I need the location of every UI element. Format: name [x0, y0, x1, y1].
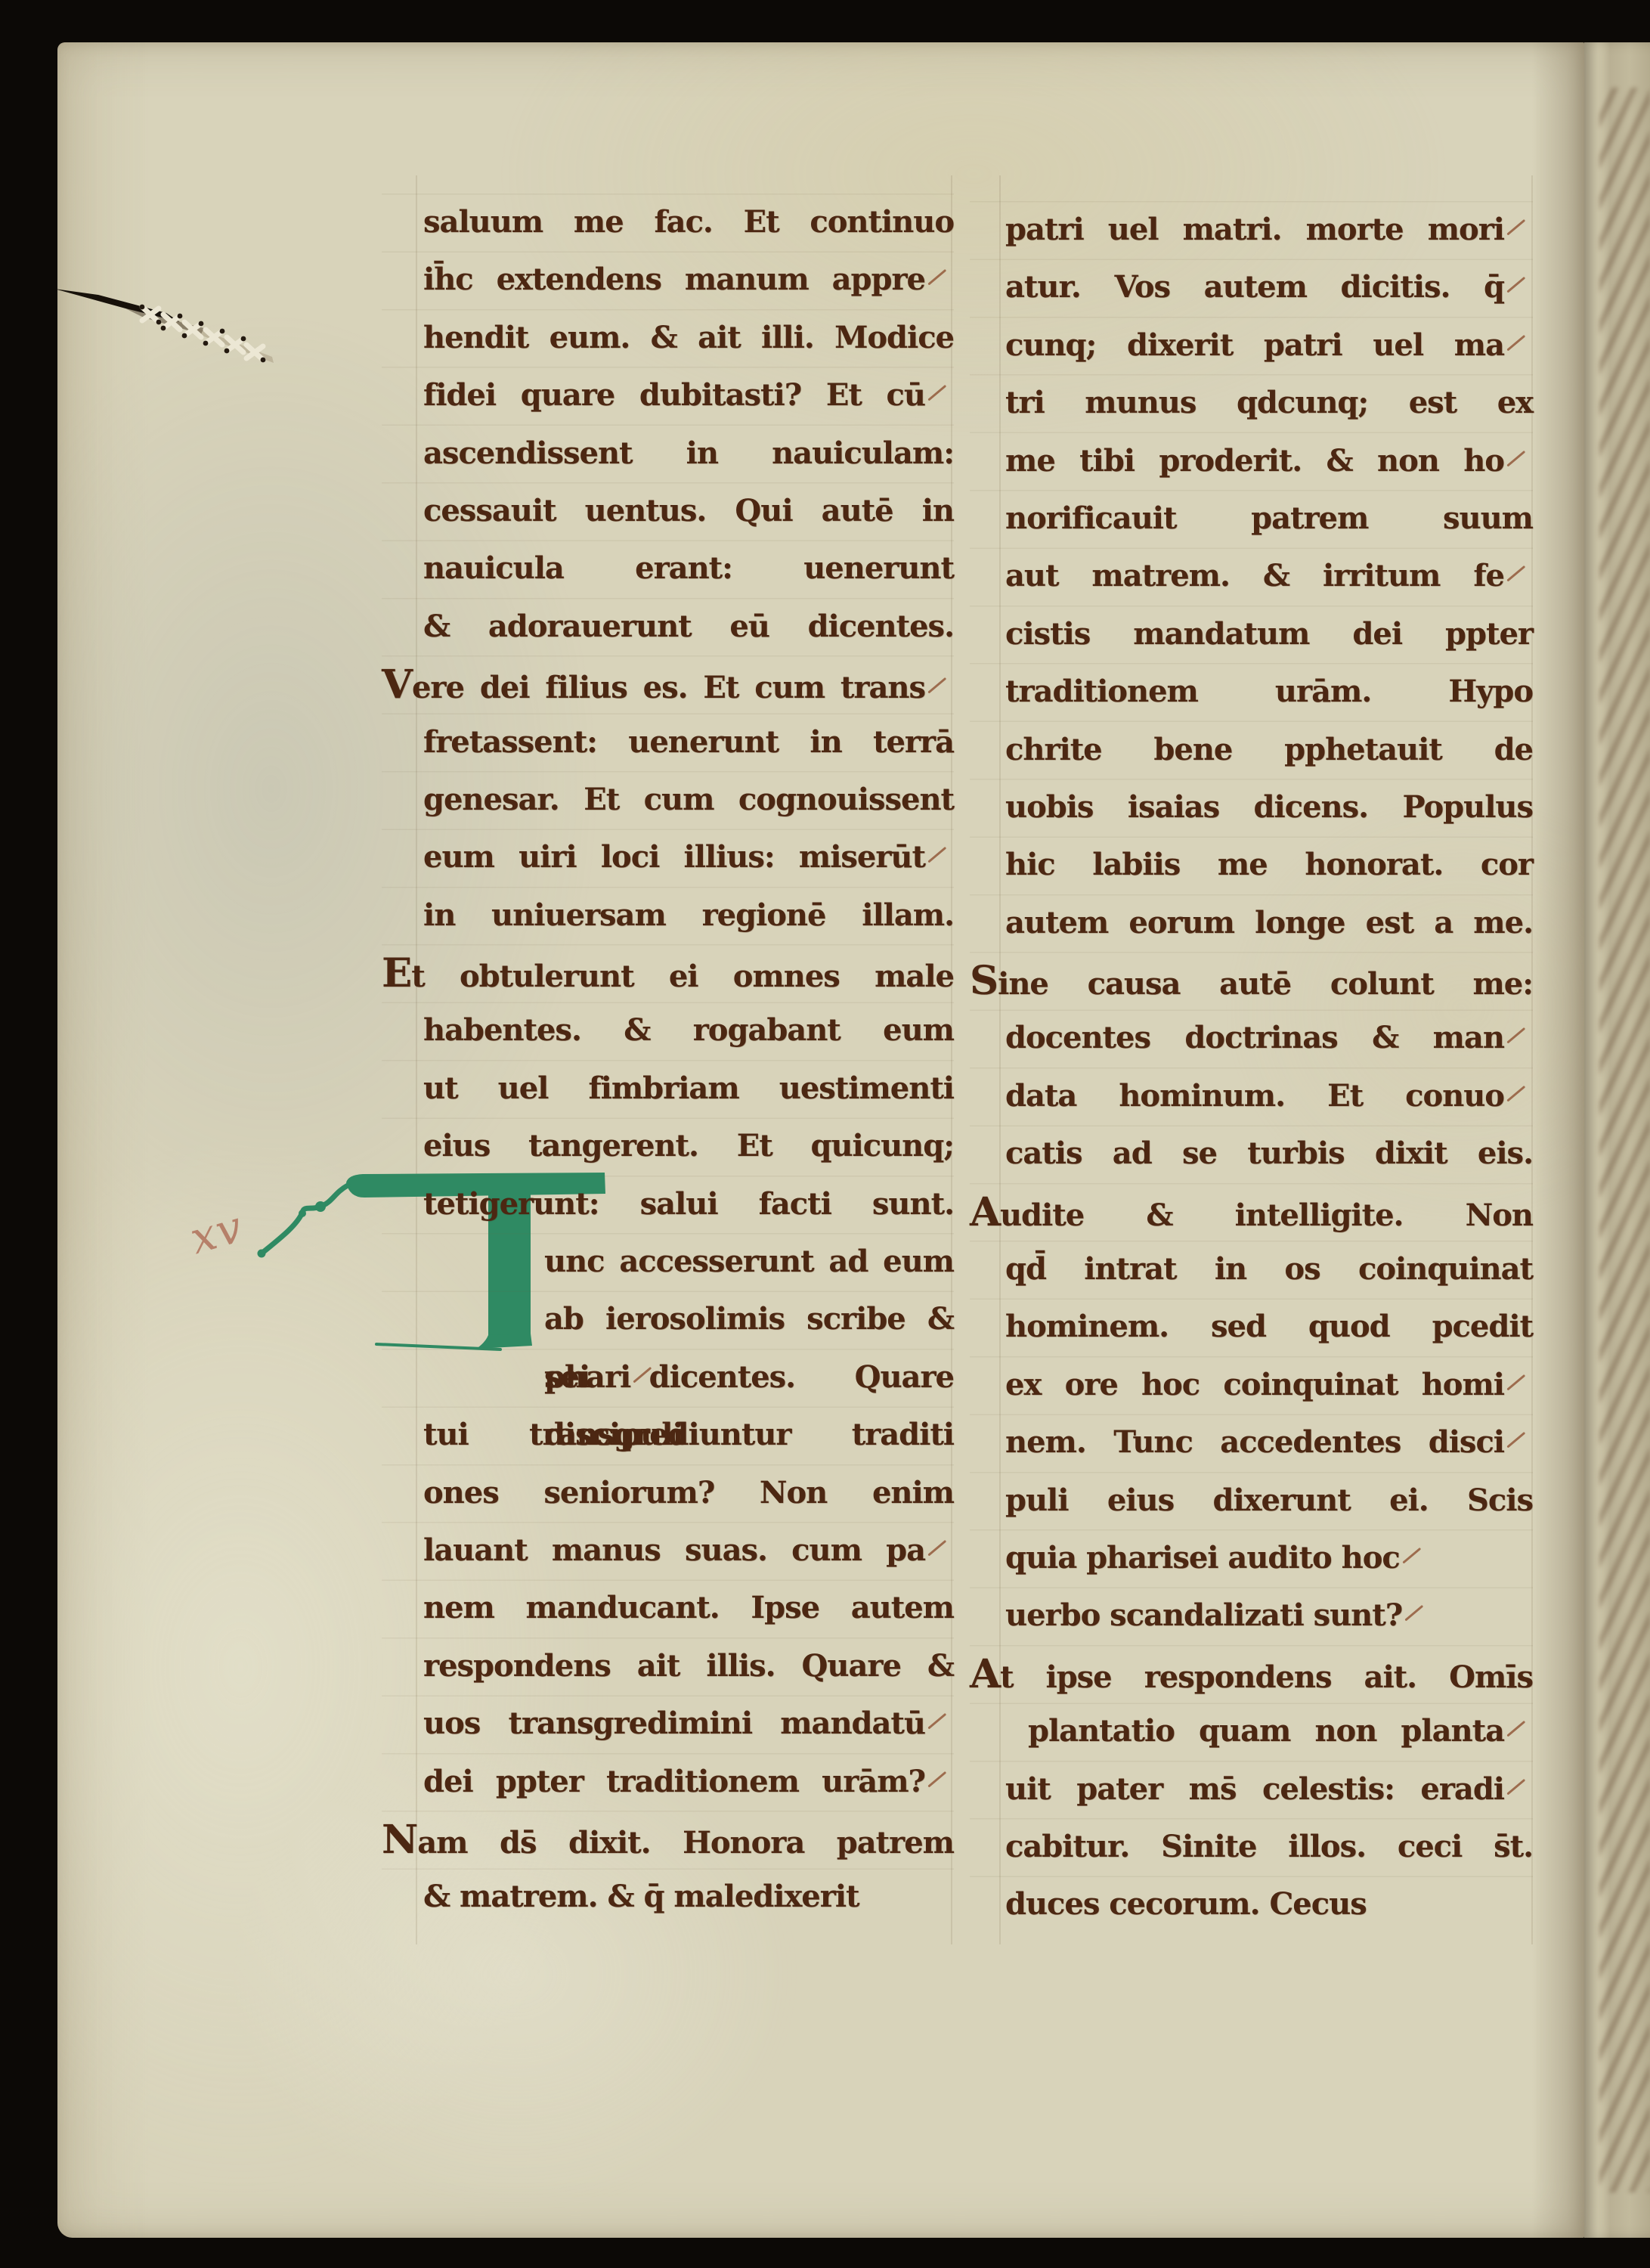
manuscript-line: data hominum. Et conuo	[970, 1067, 1533, 1125]
manuscript-line: tetigerunt: salui facti sunt.	[382, 1176, 954, 1233]
manuscript-line: saluum me fac. Et continuo	[382, 194, 954, 251]
manuscript-line: Vere dei filius es. Et cum trans	[382, 655, 954, 713]
manuscript-line: At ipse respondens ait. Omīs	[970, 1645, 1533, 1703]
text-column-left: saluum me fac. Et continuoih̄c extendens…	[382, 194, 954, 1926]
manuscript-line: lauant manus suas. cum pa	[382, 1522, 954, 1579]
manuscript-line: genesar. Et cum cognouissent	[382, 771, 954, 829]
manuscript-line: fidei quare dubitasti? Et cū	[382, 367, 954, 424]
manuscript-line: & matrem. & q̄ maledixerit	[382, 1868, 954, 1926]
manuscript-line: catis ad se turbis dixit eis.	[970, 1125, 1533, 1182]
manuscript-line: cunq; dixerit patri uel ma	[970, 317, 1533, 374]
adjacent-folio-text-blur	[1599, 88, 1650, 2192]
manuscript-line: Sine causa autē colunt me:	[970, 952, 1533, 1009]
manuscript-line: aut matrem. & irritum fe	[970, 547, 1533, 605]
manuscript-line: uerbo scandalizati sunt?	[970, 1587, 1533, 1644]
manuscript-line: plantatio quam non planta	[970, 1703, 1533, 1760]
manuscript-line: ut uel fimbriam uestimenti	[382, 1060, 954, 1117]
manuscript-line: in uniuersam regionē illam.	[382, 887, 954, 944]
manuscript-line: cessauit uentus. Qui autē in	[382, 482, 954, 540]
manuscript-line: uobis isaias dicens. Populus	[970, 779, 1533, 836]
manuscript-line: uos transgredimini mandatū	[382, 1695, 954, 1752]
manuscript-line: eum uiri loci illius: miserūt	[382, 829, 954, 886]
manuscript-line: cabitur. Sinite illos. ceci s̄t.	[970, 1818, 1533, 1876]
manuscript-line: hic labiis me honorat. cor	[970, 836, 1533, 894]
manuscript-line: eius tangerent. Et quicunq;	[382, 1117, 954, 1175]
manuscript-line: ones seniorum? Non enim	[382, 1464, 954, 1522]
text-column-right: patri uel matri. morte moriatur. Vos aut…	[970, 201, 1533, 1934]
manuscript-line: chrite bene pphetauit de	[970, 721, 1533, 779]
manuscript-line: puli eius dixerunt ei. Scis	[970, 1472, 1533, 1529]
adjacent-folio-edge	[1584, 42, 1650, 2238]
manuscript-line: nem. Tunc accedentes disci	[970, 1414, 1533, 1471]
manuscript-line: hendit eum. & ait illi. Modice	[382, 309, 954, 367]
manuscript-line: atur. Vos autem dicitis. q̄	[970, 259, 1533, 316]
manuscript-line: tri munus qdcunq; est ex	[970, 374, 1533, 432]
manuscript-line: uit pater ms̄ celestis: eradi	[970, 1761, 1533, 1818]
manuscript-line: ih̄c extendens manum appre	[382, 251, 954, 308]
manuscript-line: fretassent: uenerunt in terrā	[382, 714, 954, 771]
manuscript-line: duces cecorum. Cecus	[970, 1876, 1533, 1933]
manuscript-line: nem manducant. Ipse autem	[382, 1579, 954, 1637]
manuscript-line: ab ierosolimis scribe & phari	[382, 1290, 954, 1348]
manuscript-line: respondens ait illis. Quare &	[382, 1637, 954, 1695]
parchment-repair-stitching	[53, 278, 287, 384]
manuscript-line: me tibi proderit. & non ho	[970, 432, 1533, 490]
manuscript-line: norificauit patrem suum	[970, 490, 1533, 547]
manuscript-line: dei ppter traditionem urām?	[382, 1753, 954, 1811]
manuscript-line: Nam ds̄ dixit. Honora patrem	[382, 1811, 954, 1868]
manuscript-line: nauicula erant: uenerunt	[382, 540, 954, 597]
manuscript-line: unc accesserunt ad eum	[382, 1233, 954, 1290]
manuscript-line: patri uel matri. morte mori	[970, 201, 1533, 259]
manuscript-line: sei dicentes. Quare discipuli	[382, 1349, 954, 1406]
manuscript-line: ascendissent in nauiculam:	[382, 425, 954, 482]
manuscript-line: Audite & intelligite. Non	[970, 1183, 1533, 1241]
manuscript-line: Et obtulerunt ei omnes male	[382, 944, 954, 1002]
manuscript-line: docentes doctrinas & man	[970, 1009, 1533, 1067]
manuscript-line: tui transgrediuntur traditi	[382, 1406, 954, 1464]
manuscript-line: traditionem urām. Hypo	[970, 663, 1533, 720]
manuscript-line: qd̄ intrat in os coinquinat	[970, 1241, 1533, 1298]
manuscript-line: hominem. sed quod pcedit	[970, 1298, 1533, 1356]
stitch-graphic	[53, 278, 287, 384]
manuscript-line: ex ore hoc coinquinat homi	[970, 1356, 1533, 1414]
manuscript-line: & adorauerunt eū dicentes.	[382, 598, 954, 655]
manuscript-line: autem eorum longe est a me.	[970, 894, 1533, 952]
manuscript-line: quia pharisei audito hoc	[970, 1529, 1533, 1587]
page-gutter-shadow	[1531, 42, 1584, 2238]
manuscript-line: habentes. & rogabant eum	[382, 1002, 954, 1059]
manuscript-line: cistis mandatum dei ppter	[970, 606, 1533, 663]
manuscript-photo: xv saluum me fac. Et continuoih̄c extend…	[0, 0, 1650, 2268]
